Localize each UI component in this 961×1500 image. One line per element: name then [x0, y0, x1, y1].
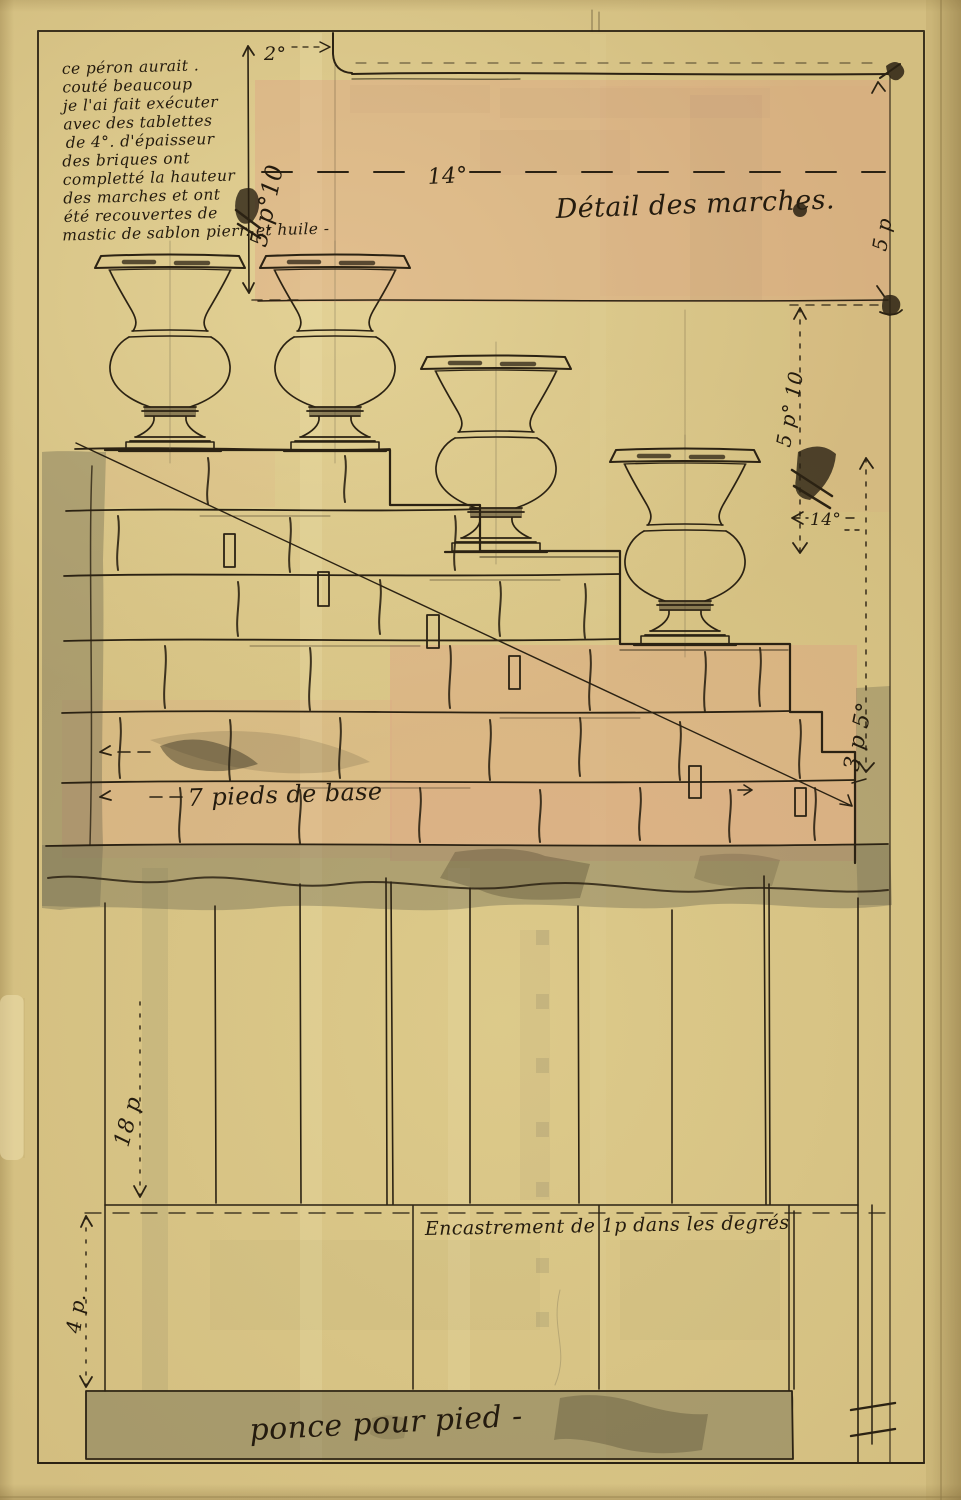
dim-footing-depth: 4 p.: [61, 1292, 90, 1336]
medici-urn-4: [610, 435, 760, 657]
dim-tread-right: 14°: [810, 510, 841, 530]
embedment-label: Encastrement de 1p dans les degrés: [424, 1212, 790, 1240]
dim-tread-top: 14°: [427, 163, 468, 190]
medici-urn-3: [421, 342, 571, 564]
note-line: de 4°. d'épaisseur: [66, 130, 216, 152]
drawing-canvas: ce péron aurait . couté beaucoup je l'ai…: [0, 0, 961, 1500]
ink-blot: [793, 203, 807, 217]
dim-top-offset: 2°: [263, 43, 286, 65]
dim-pile-depth: 18 p: [110, 1094, 147, 1149]
dim-edge-right: 5 p: [867, 216, 896, 253]
pile-section: [105, 876, 858, 1462]
medici-urn-1: [95, 241, 245, 463]
architectural-drawing-sheet: ce péron aurait . couté beaucoup je l'ai…: [0, 0, 961, 1500]
